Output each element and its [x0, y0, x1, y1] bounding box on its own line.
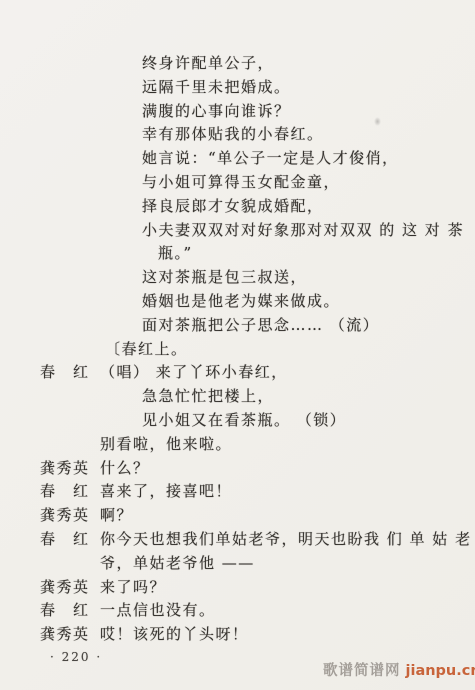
line-text: 〔春红上。 — [105, 340, 188, 358]
verse-line: 满腹的心事向谁诉？ — [0, 100, 475, 124]
line-text: 爷，单姑老爷他 —— — [100, 554, 255, 572]
scan-speck — [374, 117, 381, 126]
verse-line: 她言说：“单公子一定是人才俊俏， — [0, 147, 475, 171]
speaker-name: 春 红 — [40, 599, 100, 623]
line-text: 别看啦，他来啦。 — [100, 435, 232, 453]
line-text: 来了吗？ — [100, 578, 166, 596]
speech-line: 春 红喜来了，接喜吧！ — [0, 480, 475, 504]
speech-continuation-line: 别看啦，他来啦。 — [0, 433, 475, 457]
verse-line: 小夫妻双双对对好象那对对双双 的 这 对 茶 — [0, 219, 475, 243]
speech-line: 龚秀英什么？ — [0, 457, 475, 481]
watermark-site-name: 歌谱简谱网 — [323, 663, 401, 679]
line-text: 见小姐又在看茶瓶。 （锁） — [142, 411, 346, 429]
line-text: 喜来了，接喜吧！ — [100, 482, 232, 500]
line-text: 幸有那体贴我的小春红。 — [142, 125, 324, 143]
verse-line: 婚姻也是他老为媒来做成。 — [0, 290, 475, 314]
speaker-name: 春 红 — [40, 480, 100, 504]
verse-line: 面对茶瓶把公子思念…… （流） — [0, 314, 475, 338]
line-text: 远隔千里未把婚成。 — [142, 78, 291, 96]
stage-direction: 〔春红上。 — [0, 338, 475, 362]
speaker-name: 龚秀英 — [40, 623, 100, 647]
speaker-name: 龚秀英 — [40, 504, 100, 528]
speaker-name: 春 红 — [40, 528, 100, 552]
line-text: 她言说：“单公子一定是人才俊俏， — [142, 149, 399, 167]
line-text: 面对茶瓶把公子思念…… （流） — [142, 316, 379, 334]
page-number: · 220 · — [50, 650, 102, 664]
speech-continuation-line: 爷，单姑老爷他 —— — [0, 552, 475, 576]
verse-line: 幸有那体贴我的小春红。 — [0, 123, 475, 147]
watermark-site-url: jianpu.cn — [406, 663, 475, 679]
line-text: 什么？ — [100, 459, 150, 477]
speaker-name: 春 红 — [40, 361, 100, 385]
line-text: 择良辰郎才女貌成婚配， — [142, 197, 324, 215]
verse-line: 急急忙忙把楼上， — [0, 385, 475, 409]
watermark: 歌谱简谱网jianpu.cn — [323, 659, 475, 680]
speech-line: 龚秀英来了吗？ — [0, 576, 475, 600]
speaker-name: 龚秀英 — [40, 576, 100, 600]
speech-line: 龚秀英哎！该死的丫头呀！ — [0, 623, 475, 647]
line-text: 哎！该死的丫头呀！ — [100, 625, 249, 643]
verse-line: 终身许配单公子， — [0, 52, 475, 76]
line-text: 瓶。” — [158, 244, 193, 262]
line-text: 这对茶瓶是包三叔送， — [142, 268, 307, 286]
verse-line: 这对茶瓶是包三叔送， — [0, 266, 475, 290]
speech-line: 龚秀英啊？ — [0, 504, 475, 528]
line-text: 终身许配单公子， — [142, 54, 274, 72]
line-text: 啊？ — [100, 506, 133, 524]
line-text: 婚姻也是他老为媒来做成。 — [142, 292, 340, 310]
book-page: 终身许配单公子，远隔千里未把婚成。满腹的心事向谁诉？幸有那体贴我的小春红。她言说… — [0, 0, 475, 690]
line-text: 小夫妻双双对对好象那对对双双 的 这 对 茶 — [142, 221, 464, 239]
verse-line: 择良辰郎才女貌成婚配， — [0, 195, 475, 219]
speaker-name: 龚秀英 — [40, 457, 100, 481]
speech-line: 春 红（唱） 来了丫环小春红， — [0, 361, 475, 385]
verse-line: 瓶。” — [0, 242, 475, 266]
verse-line: 远隔千里未把婚成。 — [0, 76, 475, 100]
line-text: （唱） 来了丫环小春红， — [100, 363, 288, 381]
line-text: 急急忙忙把楼上， — [142, 387, 274, 405]
line-text: 与小姐可算得玉女配金童， — [142, 173, 340, 191]
speech-line: 春 红你今天也想我们单姑老爷，明天也盼我 们 单 姑 老 — [0, 528, 475, 552]
line-text: 满腹的心事向谁诉？ — [142, 102, 291, 120]
line-text: 你今天也想我们单姑老爷，明天也盼我 们 单 姑 老 — [100, 530, 472, 548]
verse-line: 见小姐又在看茶瓶。 （锁） — [0, 409, 475, 433]
line-text: 一点信也没有。 — [100, 601, 216, 619]
verse-line: 与小姐可算得玉女配金童， — [0, 171, 475, 195]
opera-script-text: 终身许配单公子，远隔千里未把婚成。满腹的心事向谁诉？幸有那体贴我的小春红。她言说… — [0, 52, 475, 647]
speech-line: 春 红一点信也没有。 — [0, 599, 475, 623]
